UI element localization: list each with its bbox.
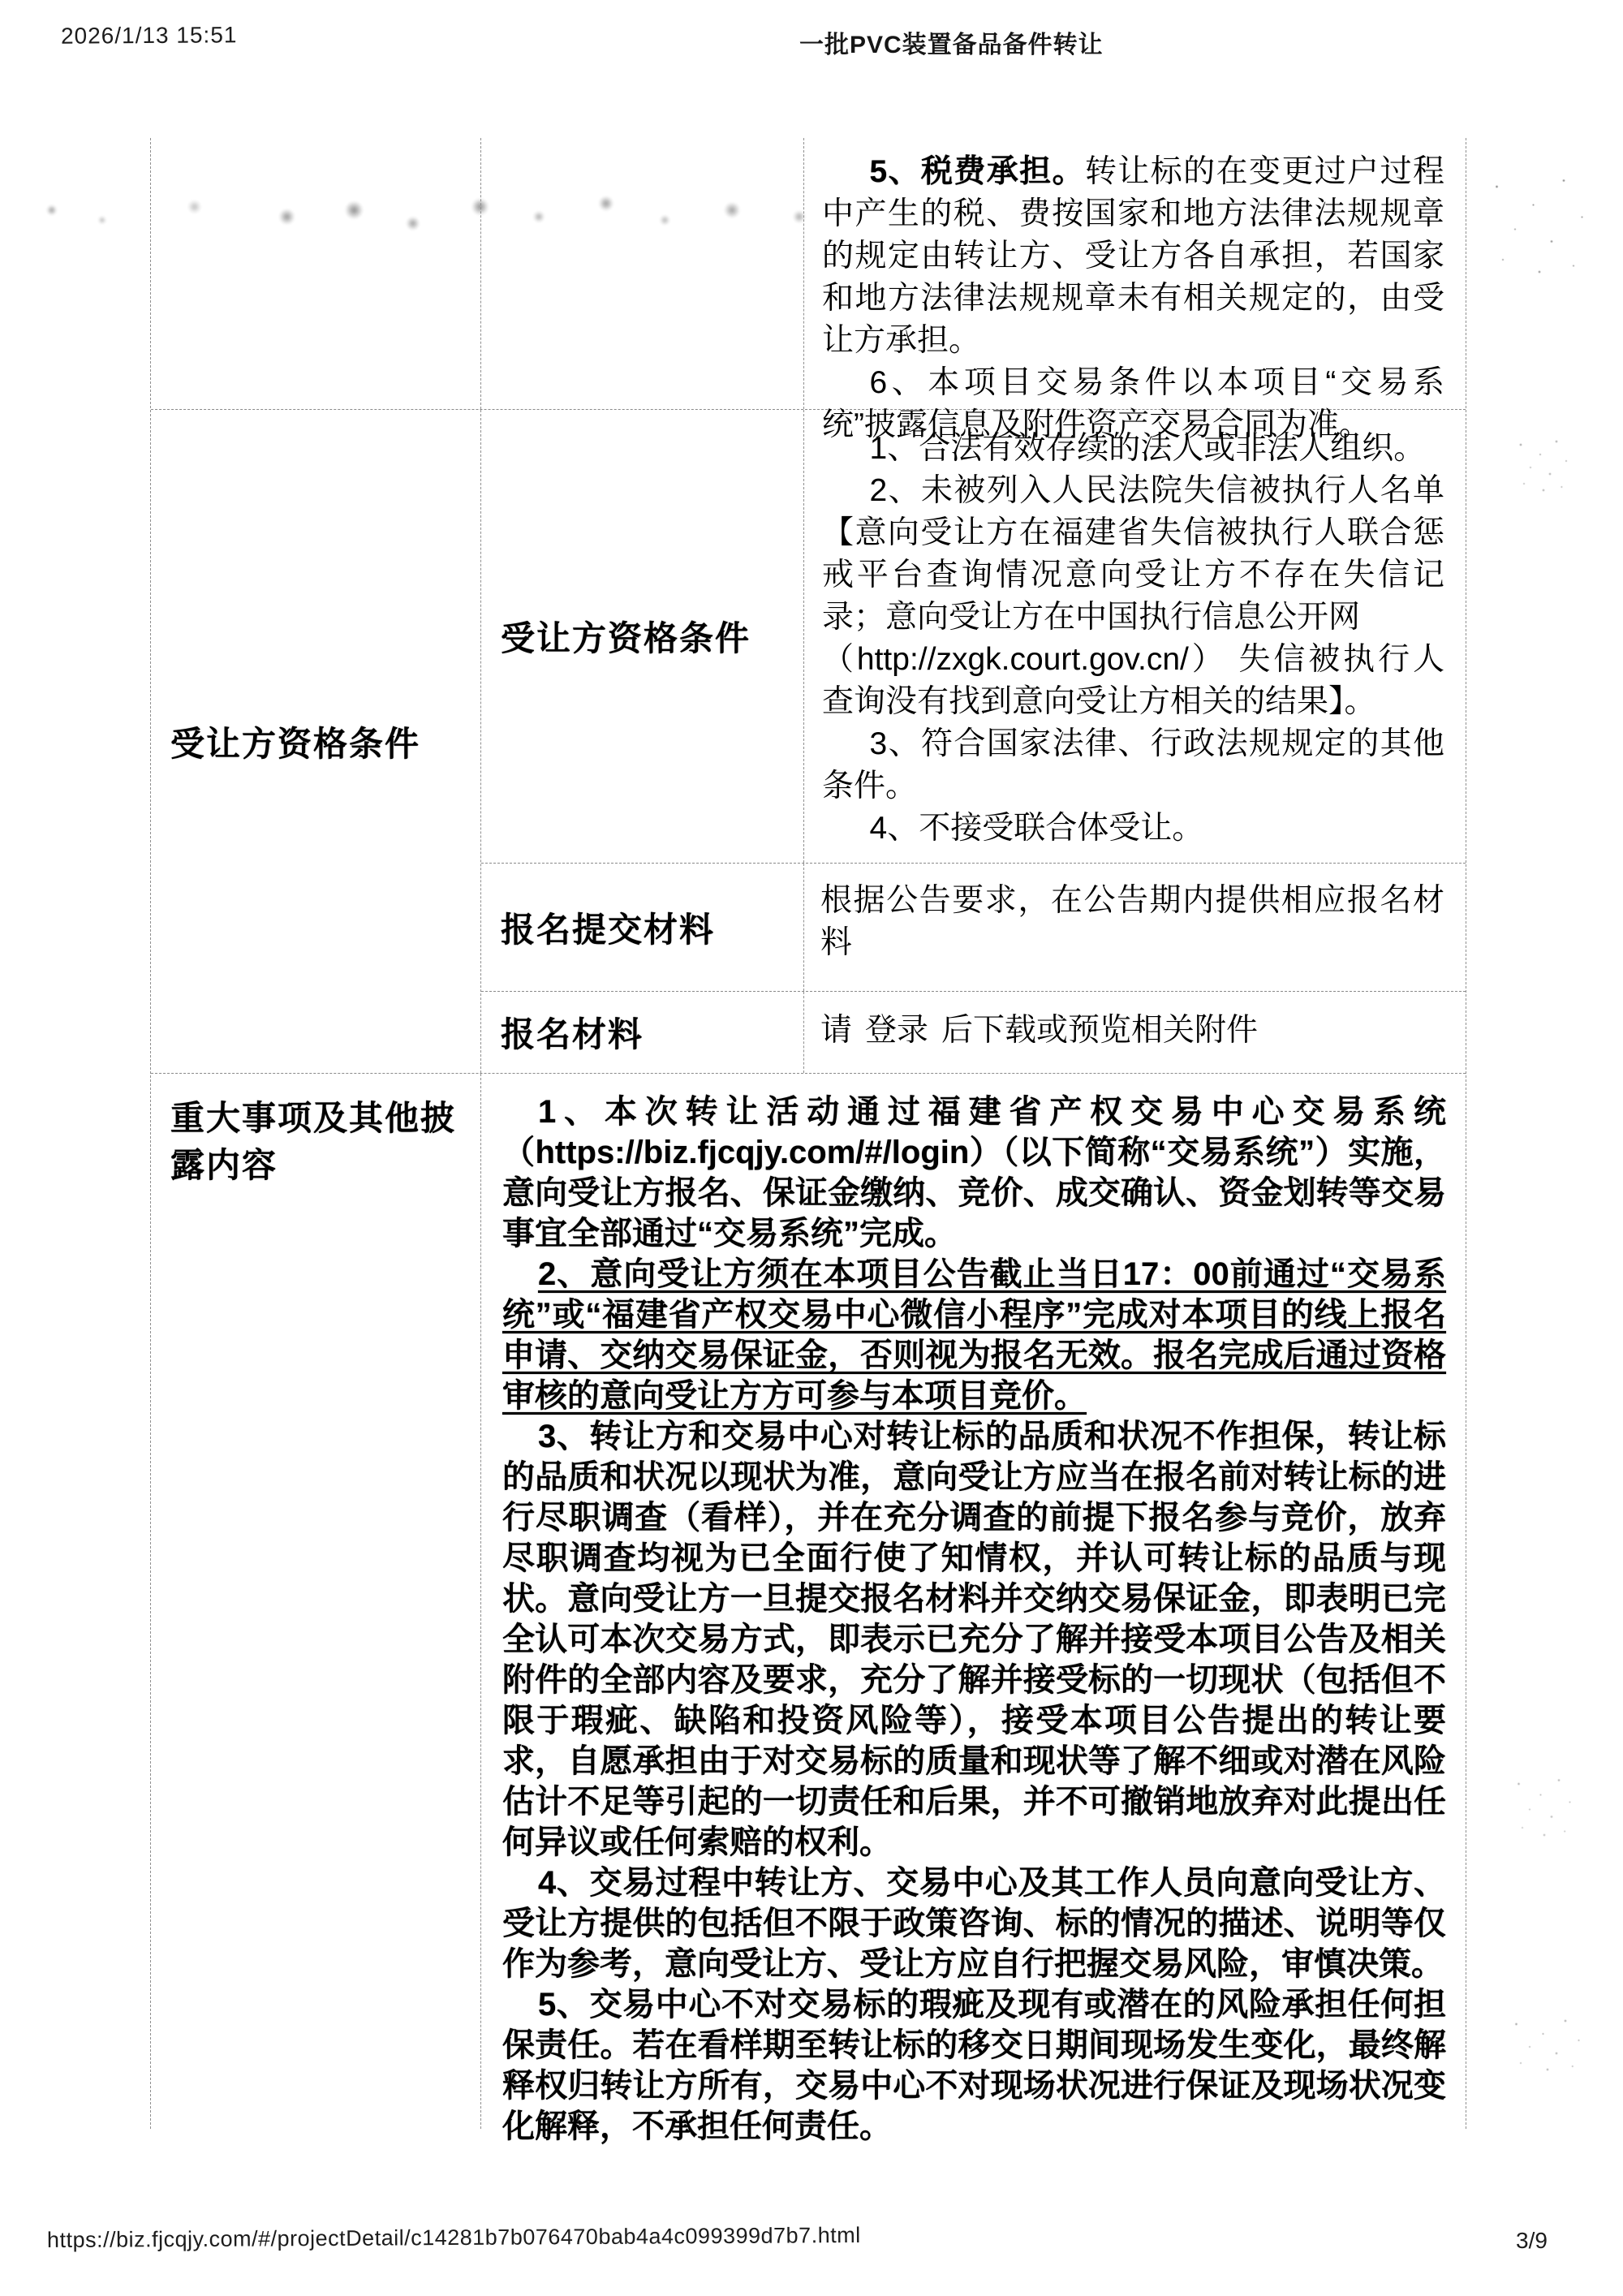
scan-noise-bottom-right [1503, 2011, 1592, 2076]
major-paragraph-5: 5、交易中心不对交易标的瑕疵及现有或潜在的风险承担任何担保责任。若在看样期至转让… [502, 1984, 1446, 2147]
login-link-text: 登录 [865, 1013, 928, 1048]
qualification-left-label: 受让方资格条件 [151, 717, 420, 766]
major-paragraph-4: 4、交易过程中转让方、交易中心及其工作人员向意向受让方、受让方提供的包括但不限于… [502, 1863, 1446, 1984]
page-number: 3/9 [1516, 2228, 1548, 2254]
document-table: 5、税费承担。转让标的在变更过户过程中产生的税、费按国家和地方法律法规规章的规定… [150, 138, 1466, 2129]
footer-url: https://biz.fjcqjy.com/#/projectDetail/c… [47, 2223, 861, 2253]
subrow-submit-material: 报名提交材料 根据公告要求，在公告期内提供相应报名材料 [481, 864, 1466, 992]
tax-row-mid-empty-cell [481, 138, 804, 409]
subrow-qualification: 受让方资格条件 1、合法有效存续的法人或非法人组织。 2、未被列入人民法院失信被… [481, 410, 1466, 864]
tax-clause-paragraph: 5、税费承担。转让标的在变更过户过程中产生的税、费按国家和地方法律法规规章的规定… [822, 151, 1444, 362]
qualification-item: 1、合法有效存续的法人或非法人组织。 [822, 428, 1444, 470]
subrow-signup-material: 报名材料 请登录后下载或预览相关附件 [481, 992, 1466, 1073]
qualification-mid-cell: 受让方资格条件 [481, 410, 804, 863]
submit-material-label: 报名提交材料 [481, 903, 715, 952]
major-paragraph-2: 2、意向受让方须在本项目公告截止当日17：00前通过“交易系统”或“福建省产权交… [502, 1254, 1446, 1416]
table-row-major-matters: 重大事项及其他披露内容 1、本次转让活动通过福建省产权交易中心交易系统（http… [151, 1074, 1466, 2129]
scanned-document-page: 2026/1/13 15:51 一批PVC装置备品备件转让 5、税费承担。转让标… [0, 0, 1623, 2296]
tax-row-left-empty-cell [151, 138, 481, 409]
qualification-item: 2、未被列入人民法院失信被执行人名单【意向受让方在福建省失信被执行人联合惩戒平台… [822, 470, 1444, 723]
major-paragraph-1: 1、本次转让活动通过福建省产权交易中心交易系统（https://biz.fjcq… [502, 1092, 1446, 1254]
qualification-row-header: 受让方资格条件 [151, 410, 481, 1073]
signup-text-after: 后下载或预览相关附件 [941, 1013, 1258, 1048]
tax-row-content-cell: 5、税费承担。转让标的在变更过户过程中产生的税、费按国家和地方法律法规规章的规定… [804, 138, 1466, 409]
major-paragraph-3: 3、转让方和交易中心对转让标的品质和状况不作担保，转让标的品质和状况以现状为准，… [502, 1416, 1446, 1863]
major-matters-label: 重大事项及其他披露内容 [151, 1074, 480, 1189]
signup-material-text: 请登录后下载或预览相关附件 [820, 1010, 1444, 1052]
qualification-item: 4、不接受联合体受让。 [822, 808, 1444, 850]
signup-text-before: 请 [820, 1013, 852, 1048]
signup-material-label-cell: 报名材料 [481, 992, 804, 1073]
print-datetime: 2026/1/13 15:51 [61, 22, 238, 50]
qualification-mid-label: 受让方资格条件 [481, 612, 751, 661]
major-matters-content-cell: 1、本次转让活动通过福建省产权交易中心交易系统（https://biz.fjcq… [481, 1074, 1466, 2129]
scan-noise-mid-right [1511, 432, 1576, 497]
qualification-content-cell: 1、合法有效存续的法人或非法人组织。 2、未被列入人民法院失信被执行人名单【意向… [804, 410, 1466, 863]
tax-clause-lead: 5、税费承担。 [870, 154, 1085, 189]
signup-material-content-cell: 请登录后下载或预览相关附件 [804, 992, 1466, 1073]
submit-material-content-cell: 根据公告要求，在公告期内提供相应报名材料 [804, 864, 1466, 991]
qualification-item: 3、符合国家法律、行政法规规定的其他条件。 [822, 723, 1444, 808]
scan-noise-top-right [1479, 162, 1600, 284]
table-row-tax: 5、税费承担。转让标的在变更过户过程中产生的税、费按国家和地方法律法规规章的规定… [151, 138, 1466, 410]
scan-noise-lower-right [1508, 1769, 1581, 1842]
print-title: 一批PVC装置备品备件转让 [799, 24, 1104, 60]
submit-material-text: 根据公告要求，在公告期内提供相应报名材料 [820, 880, 1444, 964]
major-matters-header-cell: 重大事项及其他披露内容 [151, 1074, 481, 2129]
submit-material-label-cell: 报名提交材料 [481, 864, 804, 991]
signup-material-label: 报名材料 [481, 1008, 644, 1057]
table-row-qualification-group: 受让方资格条件 受让方资格条件 1、合法有效存续的法人或非法人组织。 2、未被列… [151, 410, 1466, 1074]
